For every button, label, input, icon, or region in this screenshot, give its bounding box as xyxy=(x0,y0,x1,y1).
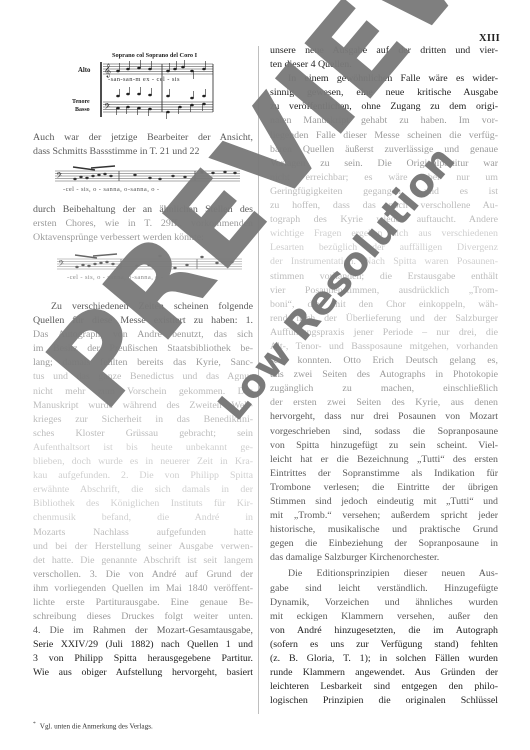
text-line: (sofern es uns zur Verfügung stand) fehl… xyxy=(270,638,498,652)
text-line: schreibung dieses Druckes folgt weiter u… xyxy=(33,610,253,624)
text-line: Geringfügigkeiten gegangen, und es ist xyxy=(270,185,498,199)
text-line: Mozarts Nachlass aufgefunden hatte xyxy=(33,526,253,540)
page-number: XIII xyxy=(470,33,500,44)
text-line: blieben, doch wurde es in neuerer Zeit i… xyxy=(33,455,253,469)
text-line: und bei der Herstellung seiner Ausgabe v… xyxy=(33,540,253,554)
right-column: unsere neue Ausgabe auf der dritten und … xyxy=(270,44,498,708)
text-line: Die Editionsprinzipien dieser neuen Aus- xyxy=(270,567,498,581)
text-line: stimmen vorhanden; die Erstausgabe enthä… xyxy=(270,270,498,284)
paragraph: Auch war der jetzige Bearbeiter der Ansi… xyxy=(33,131,253,159)
text-line: leichteren Lesbarkeit sind entgegen den … xyxy=(270,680,498,694)
text-line: Zu verschiedenen Zeiten scheinen folgend… xyxy=(33,300,253,314)
text-line: vorgeschrieben sind, sodass die Sopranpo… xyxy=(270,425,498,439)
text-line: lichte erste Partiturausgabe. Eine genau… xyxy=(33,596,253,610)
text-line: kau aufgefunden. 2. Die von Philipp Spit… xyxy=(33,469,253,483)
text-line: tus und das ganze Benedictus und das Agn… xyxy=(33,370,253,384)
text-line: gegen die Einbeziehung der Sopranposaune… xyxy=(270,537,498,551)
text-line: leicht hat er die Bezeichnung „Tutti“ de… xyxy=(270,453,498,467)
text-line: Lesarten bezüglich der auffälligen Diver… xyxy=(270,241,498,255)
svg-text:𝄞: 𝄞 xyxy=(104,63,111,77)
music-example-bass-original: 𝄢 -cel - sis, o - sanna, o-sanna, o - xyxy=(55,165,245,195)
staff-notation-choral: 𝄞 𝄢 xyxy=(70,52,220,120)
staff-notation-bass-revised: 𝄢 xyxy=(57,253,247,275)
staff-notation-bass-original: 𝄢 xyxy=(55,165,245,187)
footnote-mark: * xyxy=(33,721,36,727)
left-column-continued: durch Beibehaltung der an ähnlichen Stel… xyxy=(33,203,253,245)
text-line: Aufführungspraxis jener Periode – nur dr… xyxy=(270,326,498,340)
text-line: 3 von Philipp Spitta herausgegebene Part… xyxy=(33,652,253,666)
text-line: liegenden Falle dieser Messe scheinen di… xyxy=(270,129,498,143)
svg-text:𝄢: 𝄢 xyxy=(104,103,111,114)
text-line: unsere neue Ausgabe auf der dritten und … xyxy=(270,44,498,58)
text-line: sinnig gewesen, eine neue kritische Ausg… xyxy=(270,86,498,100)
text-line: tograph des Kyrie wieder auftaucht. Ande… xyxy=(270,213,498,227)
text-line: vier Posaunenstimmen, ausdrücklich „Trom… xyxy=(270,284,498,298)
lyrics-line: -cel - sis, o - sanna, o-sanna, o - xyxy=(63,186,160,193)
text-line: Serie XXIV/29 (Juli 1882) nach Quellen 1… xyxy=(33,638,253,652)
text-line: Dynamik, Vorzeichen und ähnliches wurden xyxy=(270,596,498,610)
text-line: zu veröffentlichen, ohne Zugang zu dem o… xyxy=(270,100,498,114)
text-line: Manuskript wurde während des Zweiten Wel… xyxy=(33,399,253,413)
text-line: Stimmen sind jedoch eindeutig mit „Tutti… xyxy=(270,495,498,509)
text-line: ten dieser 4 Quellen. xyxy=(270,58,498,72)
left-column-body: Zu verschiedenen Zeiten scheinen folgend… xyxy=(33,300,253,681)
text-line: krieges zur Sicherheit in das Benediktin… xyxy=(33,413,253,427)
text-line: das damalige Salzburger Kirchenorchester… xyxy=(270,551,498,565)
text-line: mit „Tromb.“ versehen; außerdem spricht … xyxy=(270,509,498,523)
text-line: boni“, die mit den Chor einkoppeln, wäh- xyxy=(270,298,498,312)
text-line: 4. Die im Rahmen der Mozart-Gesamtausgab… xyxy=(33,624,253,638)
text-line: rend nach der Überlieferung und der Salz… xyxy=(270,312,498,326)
text-line: Eintrittes der Sopranstimme als Indikati… xyxy=(270,467,498,481)
text-line: verschollen. 3. Die von André auf Grund … xyxy=(33,568,253,582)
text-line: hervorgeht, dass nur drei Posaunen von M… xyxy=(270,410,498,424)
text-line: logischen Prinzipien die originalen Schl… xyxy=(270,694,498,708)
text-line: Auch war der jetzige Bearbeiter der Ansi… xyxy=(33,131,253,145)
text-line: (z. B. Gloria, T. 1); in solchen Fällen … xyxy=(270,652,498,666)
footnote: *Vgl. unten die Anmerkung des Verlags. xyxy=(33,721,153,730)
text-line: historische, musikalische und praktische… xyxy=(270,523,498,537)
svg-text:𝄢: 𝄢 xyxy=(56,172,63,183)
text-line: erwähnte Abschrift, die sich damals in d… xyxy=(33,483,253,497)
text-line: Bibliothek des Königlichen Instituts für… xyxy=(33,497,253,511)
paragraph: unsere neue Ausgabe auf der dritten und … xyxy=(270,44,498,72)
text-line: durch Beibehaltung der an ähnlichen Stel… xyxy=(33,203,253,217)
music-example-choral: Soprano col Soprano del Coro I Alto Teno… xyxy=(70,52,220,120)
text-line: runde Klammern angewendet. Aus Gründen d… xyxy=(270,666,498,680)
text-line: nalen Manuskript gehabt zu haben. Im vor… xyxy=(270,114,498,128)
text-line: zu hoffen, dass das noch verschollene Au… xyxy=(270,199,498,213)
lyrics-line: -san-san-m ex - cel - sis xyxy=(108,76,180,83)
left-column: Auch war der jetzige Bearbeiter der Ansi… xyxy=(33,131,253,159)
text-line: ersten Chores, wie in T. 29ff., vorkomme… xyxy=(33,217,253,231)
svg-text:𝄢: 𝄢 xyxy=(58,260,65,271)
paragraph: In einem gewöhnlichen Falle wäre es wide… xyxy=(270,72,498,565)
text-line: Aufenthaltsort ist bis heute unbekannt g… xyxy=(33,441,253,455)
text-line: Vorlagen zu sein. Die Originalpartitur w… xyxy=(270,157,498,171)
text-line: det hatte. Die genannte Abschrift ist se… xyxy=(33,554,253,568)
text-line: dass Schmitts Bassstimme in T. 21 und 22 xyxy=(33,145,253,159)
text-line: Oktavensprünge verbessert werden könnte: xyxy=(33,231,253,245)
footnote-text: Vgl. unten die Anmerkung des Verlags. xyxy=(40,722,153,730)
text-line: von André hinzugesetzten, die im Autogra… xyxy=(270,624,498,638)
paragraph: Die Editionsprinzipien dieser neuen Aus-… xyxy=(270,567,498,708)
text-line: gabe sind leicht verständlich. Hinzugefü… xyxy=(270,582,498,596)
text-line: Das Autograph, von André benutzt, das si… xyxy=(33,328,253,342)
lyrics-line: -cel - sis, o - sanna, o-sanna, o - xyxy=(67,274,164,281)
text-line: nicht erreichbar; es wäre aber nur um xyxy=(270,171,498,185)
text-line: von Spitta hinzugefügt zu sein scheint. … xyxy=(270,439,498,453)
text-line: mit eckigen Klammern versehen, außer den xyxy=(270,610,498,624)
text-line: baren Quellen äußerst zuverlässige und g… xyxy=(270,143,498,157)
text-line: sches Kloster Grüssau gebracht; sein xyxy=(33,427,253,441)
text-line: uns zwei Seiten des Autographs in Photok… xyxy=(270,368,498,382)
music-example-bass-revised: 𝄢 -cel - sis, o - sanna, o-sanna, o - xyxy=(57,253,247,283)
column-divider xyxy=(258,46,259,714)
text-line: ihm vorliegenden Quellen im Mai 1840 ver… xyxy=(33,582,253,596)
text-line: lang; damals fehlten bereits das Kyrie, … xyxy=(33,356,253,370)
text-line: In einem gewöhnlichen Falle wäre es wide… xyxy=(270,72,498,86)
text-line: der Instrumentation. Nach Spitta waren P… xyxy=(270,255,498,269)
text-line: wichtige Fragen ergeben sich aus verschi… xyxy=(270,227,498,241)
paragraph: durch Beibehaltung der an ähnlichen Stel… xyxy=(33,203,253,245)
text-line: zugänglich zu machen, einschließlich xyxy=(270,382,498,396)
paragraph: Zu verschiedenen Zeiten scheinen folgend… xyxy=(33,300,253,681)
text-line: Quellen für diese Messe existiert zu hab… xyxy=(33,314,253,328)
text-line: chenmusik befand, die André in xyxy=(33,511,253,525)
text-line: nicht mehr zum Vorschein gekommen. Das xyxy=(33,385,253,399)
text-line: sein konnten. Otto Erich Deutsch gelang … xyxy=(270,354,498,368)
text-line: im Besitz der Preußischen Staatsbiblioth… xyxy=(33,342,253,356)
text-line: Trombone verlesen; die Eintritte der übr… xyxy=(270,481,498,495)
text-line: Wie aus obiger Aufstellung hervorgeht, b… xyxy=(33,666,253,680)
text-line: Alt-, Tenor- und Bassposaune mitgehen, v… xyxy=(270,340,498,354)
text-line: der ersten zwei Seiten des Kyrie, aus de… xyxy=(270,396,498,410)
